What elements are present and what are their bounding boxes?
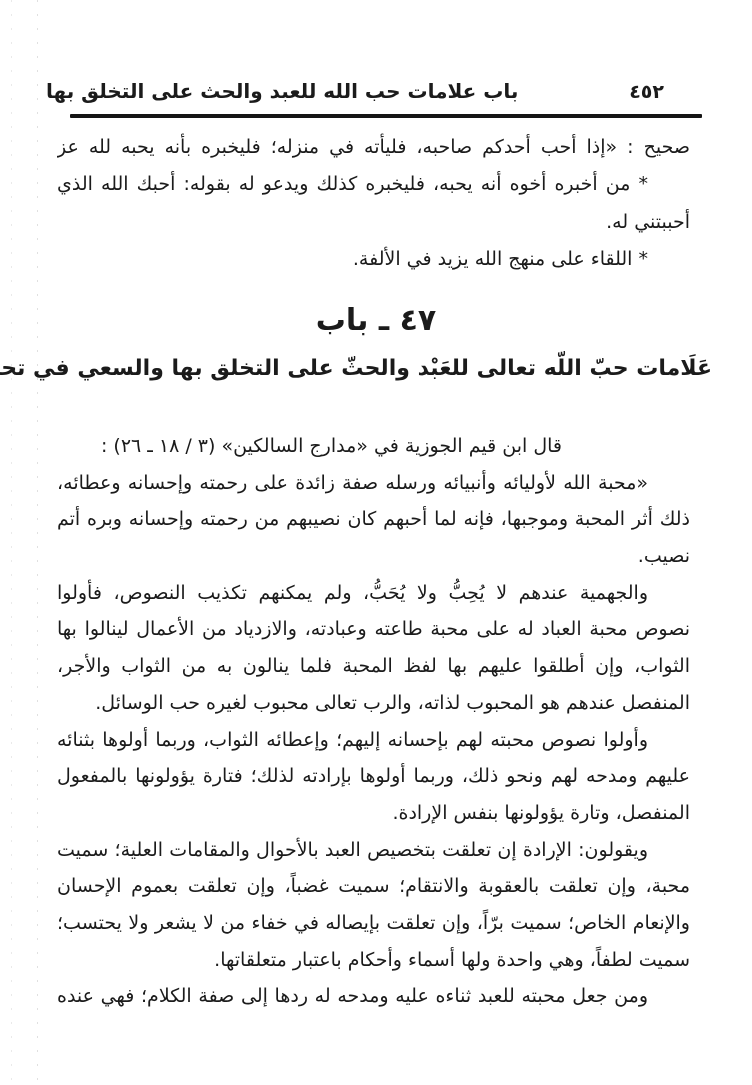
text-line: نصيب. <box>57 538 690 575</box>
text-line: نصوص محبة العباد له على محبة طاعته وعباد… <box>57 611 690 648</box>
text-line: عليهم ومدحه لهم ونحو ذلك، وربما أولوها ب… <box>57 758 690 795</box>
text-line: والجهمية عندهم لا يُحِبُّ ولا يُحَبُّ، و… <box>57 575 690 612</box>
text-line: «محبة الله لأوليائه وأنبيائه ورسله صفة ز… <box>57 465 690 502</box>
text-line: * من أخبره أخوه أنه يحبه، فليخبره كذلك و… <box>57 166 690 203</box>
pre-chapter-text: صحيح : «إذا أحب أحدكم صاحبه، فليأته في م… <box>57 129 690 279</box>
chapter-number-heading: ٤٧ ـ باب <box>0 303 752 338</box>
text-line: والإنعام الخاص؛ سميت برّاً، وإن تعلقت بإ… <box>57 905 690 942</box>
chapter-title-heading: عَلَامات حبّ اللّه تعالى للعَبْد والحثّ … <box>40 356 712 381</box>
running-header: باب علامات حب الله للعبد والحث على التخل… <box>46 78 690 116</box>
text-line: صحيح : «إذا أحب أحدكم صاحبه، فليأته في م… <box>57 129 690 166</box>
text-line: المنفصل عندهم هو المحبوب لذاته، والرب تع… <box>57 685 690 722</box>
header-rule <box>70 114 702 118</box>
scanned-book-page: باب علامات حب الله للعبد والحث على التخل… <box>0 0 752 1085</box>
scan-edge-artifact <box>37 0 38 1085</box>
text-line: * اللقاء على منهج الله يزيد في الألفة. <box>57 241 690 278</box>
chapter-body-text: قال ابن قيم الجوزية في «مدارج السالكين» … <box>57 428 690 1015</box>
page-number: ٤٥٢ <box>629 81 664 103</box>
text-line: ذلك أثر المحبة وموجبها، فإنه لما أحبهم ك… <box>57 501 690 538</box>
text-line: أحببتني له. <box>57 204 690 241</box>
text-line: وأولوا نصوص محبته لهم بإحسانه إليهم؛ وإع… <box>57 722 690 759</box>
scan-edge-artifact <box>11 0 12 1085</box>
text-line: المنفصل، وتارة يؤولونها بنفس الإرادة. <box>57 795 690 832</box>
text-line: سميت لطفاً، وهي واحدة ولها أسماء وأحكام … <box>57 942 690 979</box>
text-line: قال ابن قيم الجوزية في «مدارج السالكين» … <box>57 428 690 465</box>
text-line: ويقولون: الإرادة إن تعلقت بتخصيص العبد ب… <box>57 832 690 869</box>
text-line: الثواب، وإن أطلقوا عليهم بها لفظ المحبة … <box>57 648 690 685</box>
text-line: محبة، وإن تعلقت بالعقوبة والانتقام؛ سميت… <box>57 868 690 905</box>
running-title: باب علامات حب الله للعبد والحث على التخل… <box>46 79 518 103</box>
text-line: ومن جعل محبته للعبد ثناءه عليه ومدحه له … <box>57 978 690 1015</box>
